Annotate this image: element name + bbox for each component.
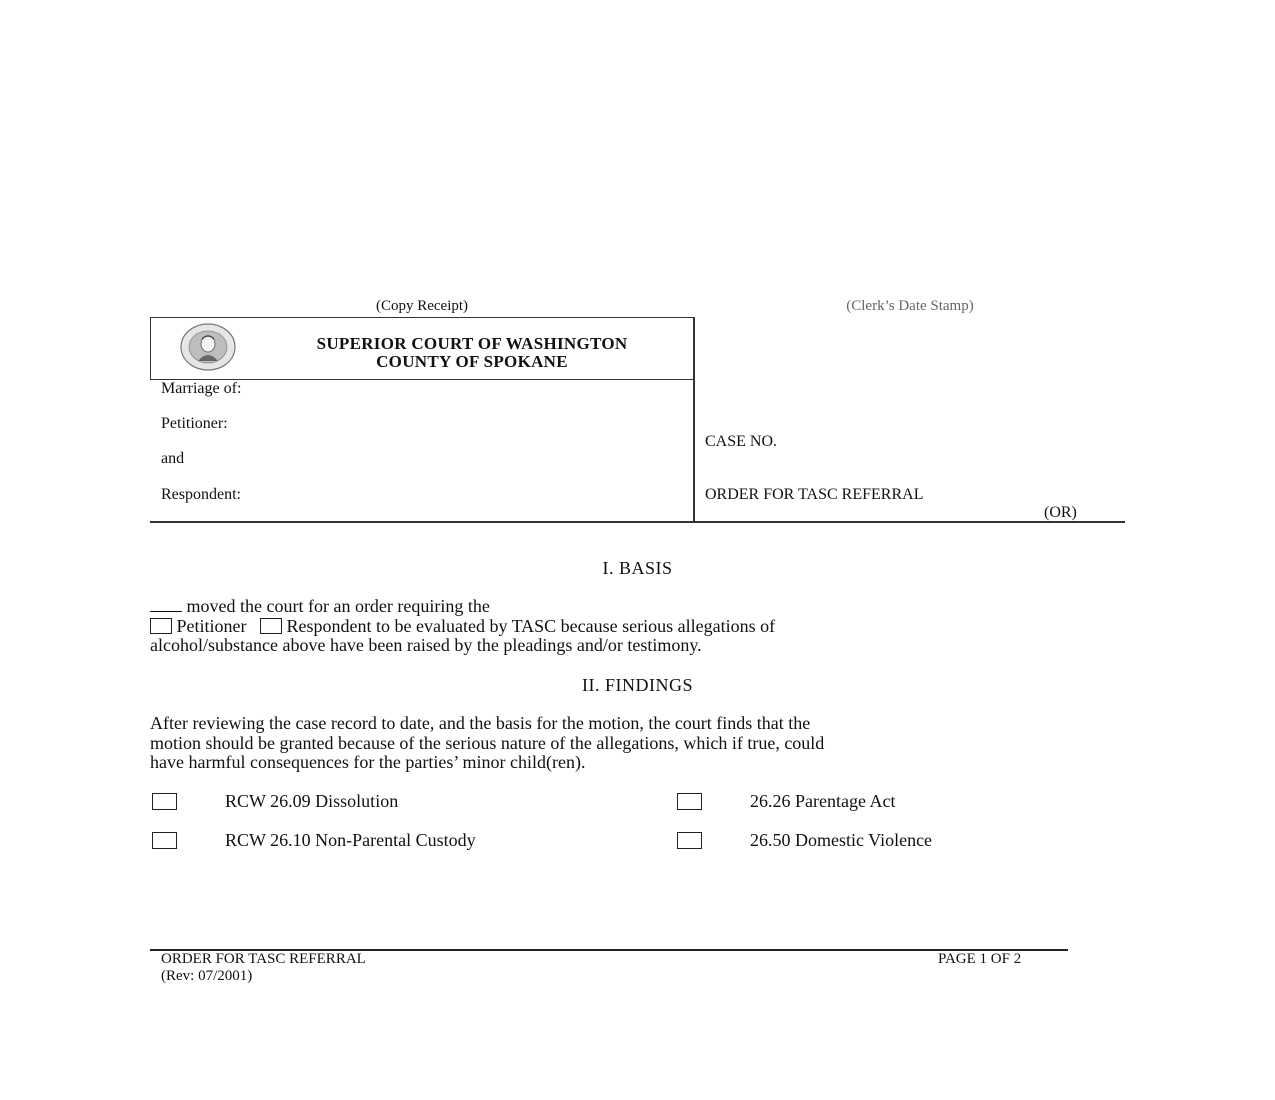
court-seal-icon bbox=[180, 323, 236, 371]
moving-party-blank[interactable] bbox=[150, 597, 182, 612]
respondent-checkbox[interactable] bbox=[260, 618, 282, 634]
dissolution-label: RCW 26.09 Dissolution bbox=[225, 791, 398, 812]
petitioner-label: Petitioner: bbox=[161, 415, 228, 433]
findings-heading: II. FINDINGS bbox=[150, 675, 1125, 696]
domestic-violence-checkbox[interactable] bbox=[677, 832, 702, 849]
findings-line-3: have harmful consequences for the partie… bbox=[150, 753, 1125, 773]
basis-line-3: alcohol/substance above have been raised… bbox=[150, 636, 1125, 656]
option-non-parental-custody[interactable] bbox=[152, 832, 177, 852]
document-code: (OR) bbox=[1044, 504, 1077, 522]
county-name: COUNTY OF SPOKANE bbox=[262, 353, 682, 371]
option-parentage[interactable] bbox=[677, 793, 702, 813]
caption-bottom-rule bbox=[150, 521, 1125, 523]
petitioner-option-label: Petitioner bbox=[177, 616, 247, 636]
parentage-checkbox[interactable] bbox=[677, 793, 702, 810]
and-label: and bbox=[161, 450, 184, 468]
respondent-option-label: Respondent to be evaluated by TASC becau… bbox=[287, 616, 776, 636]
option-domestic-violence[interactable] bbox=[677, 832, 702, 852]
non-parental-custody-checkbox[interactable] bbox=[152, 832, 177, 849]
domestic-violence-label: 26.50 Domestic Violence bbox=[750, 830, 932, 851]
basis-line-1: moved the court for an order requiring t… bbox=[150, 597, 1125, 617]
basis-paragraph: moved the court for an order requiring t… bbox=[150, 597, 1125, 656]
findings-line-2: motion should be granted because of the … bbox=[150, 734, 1125, 754]
court-name: SUPERIOR COURT OF WASHINGTON bbox=[262, 335, 682, 353]
copy-receipt-label: (Copy Receipt) bbox=[150, 298, 694, 315]
case-number-label: CASE NO. bbox=[705, 433, 777, 451]
footer-revision: (Rev: 07/2001) bbox=[161, 968, 252, 985]
footer-page-number: PAGE 1 OF 2 bbox=[938, 951, 1021, 968]
basis-line-1-text: moved the court for an order requiring t… bbox=[187, 596, 490, 616]
basis-line-2: Petitioner Respondent to be evaluated by… bbox=[150, 617, 1125, 637]
dissolution-checkbox[interactable] bbox=[152, 793, 177, 810]
marriage-of-label: Marriage of: bbox=[161, 380, 241, 398]
findings-line-1: After reviewing the case record to date,… bbox=[150, 714, 1125, 734]
clerk-date-stamp-label: (Clerk’s Date Stamp) bbox=[694, 298, 1126, 315]
petitioner-checkbox[interactable] bbox=[150, 618, 172, 634]
basis-heading: I. BASIS bbox=[150, 558, 1125, 579]
parentage-label: 26.26 Parentage Act bbox=[750, 791, 895, 812]
non-parental-custody-label: RCW 26.10 Non-Parental Custody bbox=[225, 830, 476, 851]
footer-title: ORDER FOR TASC REFERRAL bbox=[161, 951, 366, 968]
respondent-label: Respondent: bbox=[161, 486, 241, 504]
caption-divider bbox=[693, 317, 695, 522]
court-title: SUPERIOR COURT OF WASHINGTON COUNTY OF S… bbox=[262, 335, 682, 371]
option-dissolution[interactable] bbox=[152, 793, 177, 813]
document-title: ORDER FOR TASC REFERRAL bbox=[705, 486, 923, 504]
findings-paragraph: After reviewing the case record to date,… bbox=[150, 714, 1125, 773]
